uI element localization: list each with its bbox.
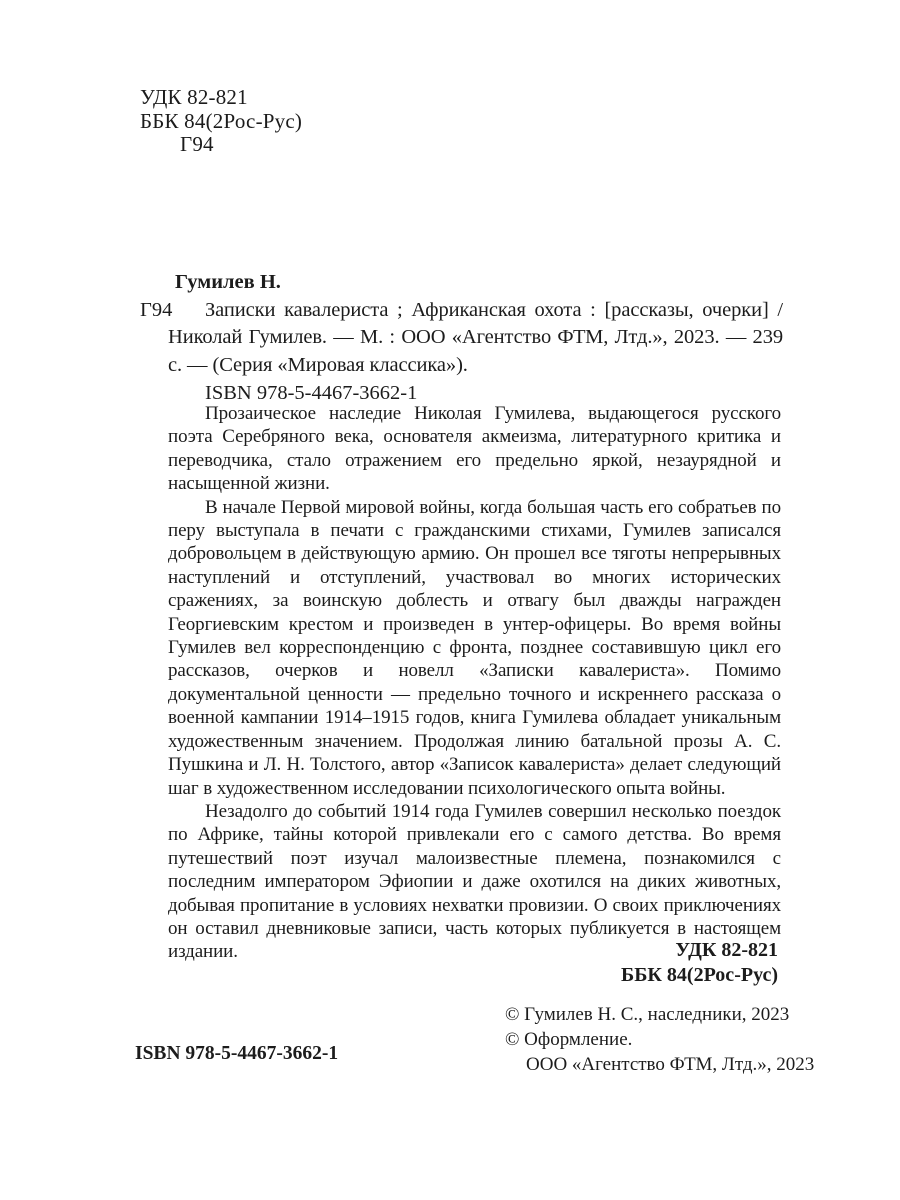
biblio-code: Г94 [140,297,172,325]
classification-block-top: УДК 82-821 ББК 84(2Рос-Рус) Г94 [140,86,302,157]
copyright-block: © Гумилев Н. С., наследники, 2023 © Офор… [505,1002,814,1077]
isbn-footer: ISBN 978-5-4467-3662-1 [135,1043,338,1065]
bbk-top: ББК 84(2Рос-Рус) [140,110,302,134]
bbk-footer: ББК 84(2Рос-Рус) [621,963,778,988]
author-code-top: Г94 [140,133,302,157]
copyright-publisher-line: ООО «Агентство ФТМ, Лтд.», 2023 [505,1052,814,1077]
biblio-entry-body: Г94 Записки кавалериста ; Африканская ох… [168,297,783,380]
copyright-design-line: © Оформление. [505,1027,814,1052]
bibliographic-entry: Гумилев Н. Г94 Записки кавалериста ; Афр… [140,269,783,408]
annotation-paragraph-1: Прозаическое наследие Николая Гумилева, … [168,402,781,496]
copyright-author-line: © Гумилев Н. С., наследники, 2023 [505,1002,814,1027]
biblio-description: Записки кавалериста ; Африканская охота … [168,297,783,380]
annotation-block: Прозаическое наследие Николая Гумилева, … [168,402,781,964]
udc-footer: УДК 82-821 [621,938,778,963]
udc-top: УДК 82-821 [140,86,302,110]
author-heading: Гумилев Н. [175,269,783,297]
book-imprint-page: УДК 82-821 ББК 84(2Рос-Рус) Г94 Гумилев … [0,0,900,1200]
annotation-paragraph-2: В начале Первой мировой войны, когда бол… [168,496,781,800]
classification-block-footer: УДК 82-821 ББК 84(2Рос-Рус) [621,938,778,988]
